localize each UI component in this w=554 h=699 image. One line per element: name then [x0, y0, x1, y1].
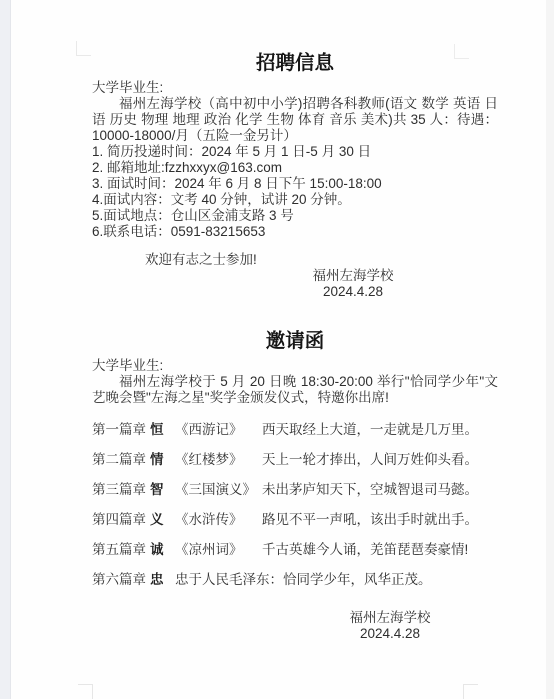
chapter-virtue: 诚: [150, 542, 175, 558]
chapter-book: 《西游记》: [175, 422, 262, 438]
recruitment-item: 6.联系电话：0591-83215653: [92, 224, 498, 240]
chapter-book: 《水浒传》: [175, 512, 262, 528]
recruitment-signature-block: 福州左海学校 2024.4.28: [268, 268, 438, 300]
invitation-section: 邀请函 大学毕业生: 福州左海学校于 5 月 20 日晚 18:30-20:00…: [92, 328, 498, 642]
chapter-virtue: 智: [150, 482, 175, 498]
chapter-row: 第六篇章 忠 忠于人民毛泽东：恰同学少年，风华正茂。: [92, 572, 498, 588]
chapter-verse: 西天取经上大道，一走就是几万里。: [262, 422, 498, 438]
chapter-book: 《红楼梦》: [175, 452, 262, 468]
crop-mark-bottom-right: [463, 684, 478, 699]
chapter-verse: 千古英雄今人诵，羌笛琵琶奏豪情!: [262, 542, 498, 558]
chapter-row: 第四篇章 义 《水浒传》 路见不平一声吼，该出手时就出手。: [92, 512, 498, 528]
document-page: 招聘信息 大学毕业生: 福州左海学校（高中初中小学)招聘各科教师(语文 数学 英…: [0, 0, 554, 699]
recruitment-date: 2024.4.28: [268, 284, 438, 300]
invitation-intro: 福州左海学校于 5 月 20 日晚 18:30-20:00 举行"恰同学少年"文…: [92, 374, 498, 406]
chapter-row: 第一篇章 恒 《西游记》 西天取经上大道，一走就是几万里。: [92, 422, 498, 438]
recruitment-item: 2. 邮箱地址:fzzhxxyx@163.com: [92, 160, 498, 176]
recruitment-closing: 欢迎有志之士参加!: [92, 252, 498, 268]
invitation-salutation: 大学毕业生:: [92, 358, 498, 374]
recruitment-signature: 福州左海学校: [268, 268, 438, 284]
invitation-signature-block: 福州左海学校 2024.4.28: [305, 610, 475, 642]
invitation-title: 邀请函: [92, 328, 498, 354]
chapter-verse: 路见不平一声吼，该出手时就出手。: [262, 512, 498, 528]
chapter-book: 《三国演义》: [175, 482, 262, 498]
photo-edge-right: [546, 0, 554, 699]
crop-mark-bottom-left: [78, 684, 93, 699]
recruitment-item-list: 1. 简历投递时间：2024 年 5 月 1 日-5 月 30 日 2. 邮箱地…: [92, 144, 498, 240]
chapter-row: 第二篇章 情 《红楼梦》 天上一轮才捧出，人间万姓仰头看。: [92, 452, 498, 468]
recruitment-title: 招聘信息: [92, 50, 498, 76]
recruitment-item: 1. 简历投递时间：2024 年 5 月 1 日-5 月 30 日: [92, 144, 498, 160]
chapter-row: 第五篇章 诚 《凉州词》 千古英雄今人诵，羌笛琵琶奏豪情!: [92, 542, 498, 558]
chapter-virtue: 义: [150, 512, 175, 528]
chapter-virtue: 恒: [150, 422, 175, 438]
invitation-signature: 福州左海学校: [305, 610, 475, 626]
chapter-name: 第四篇章: [92, 512, 150, 528]
chapter-name: 第六篇章: [92, 572, 150, 588]
crop-mark-top-left: [76, 41, 91, 56]
chapter-virtue: 情: [150, 452, 175, 468]
invitation-date: 2024.4.28: [305, 626, 475, 642]
recruitment-section: 招聘信息 大学毕业生: 福州左海学校（高中初中小学)招聘各科教师(语文 数学 英…: [92, 50, 498, 300]
recruitment-item: 3. 面试时间：2024 年 6 月 8 日下午 15:00-18:00: [92, 176, 498, 192]
chapter-verse: 天上一轮才捧出，人间万姓仰头看。: [262, 452, 498, 468]
chapter-name: 第五篇章: [92, 542, 150, 558]
chapter-verse: 未出茅庐知天下，空城智退司马懿。: [262, 482, 498, 498]
recruitment-salutation: 大学毕业生:: [92, 80, 498, 96]
chapter-verse: 忠于人民毛泽东：恰同学少年，风华正茂。: [175, 572, 498, 588]
chapter-row: 第三篇章 智 《三国演义》 未出茅庐知天下，空城智退司马懿。: [92, 482, 498, 498]
photo-edge-left: [0, 0, 11, 699]
chapter-book: 《凉州词》: [175, 542, 262, 558]
document-content: 招聘信息 大学毕业生: 福州左海学校（高中初中小学)招聘各科教师(语文 数学 英…: [92, 50, 498, 642]
chapter-name: 第一篇章: [92, 422, 150, 438]
recruitment-item: 4.面试内容：文考 40 分钟，试讲 20 分钟。: [92, 192, 498, 208]
recruitment-item: 5.面试地点：仓山区金浦支路 3 号: [92, 208, 498, 224]
chapter-virtue: 忠: [150, 572, 175, 588]
chapter-name: 第三篇章: [92, 482, 150, 498]
chapter-name: 第二篇章: [92, 452, 150, 468]
invitation-chapter-list: 第一篇章 恒 《西游记》 西天取经上大道，一走就是几万里。 第二篇章 情 《红楼…: [92, 422, 498, 588]
recruitment-intro: 福州左海学校（高中初中小学)招聘各科教师(语文 数学 英语 日语 历史 物理 地…: [92, 96, 498, 144]
